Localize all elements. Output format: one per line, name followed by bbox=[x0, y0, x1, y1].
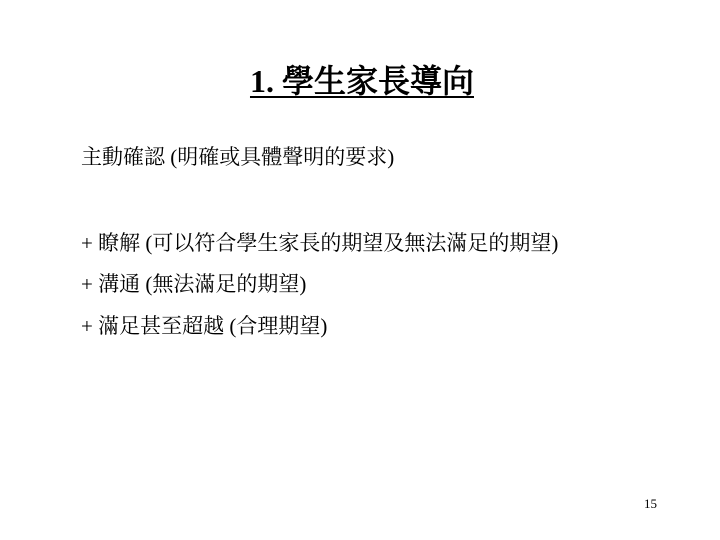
slide-title: 1. 學生家長導向 bbox=[0, 56, 720, 102]
intro-text: 主動確認 (明確或具體聲明的要求) bbox=[81, 141, 394, 171]
slide-title-text: 1. 學生家長導向 bbox=[250, 63, 474, 99]
bullet-satisfy: + 滿足甚至超越 (合理期望) bbox=[81, 310, 327, 340]
bullet-understand: + 瞭解 (可以符合學生家長的期望及無法滿足的期望) bbox=[81, 227, 558, 257]
bullet-communicate: + 溝通 (無法滿足的期望) bbox=[81, 268, 306, 298]
page-number: 15 bbox=[644, 496, 657, 512]
